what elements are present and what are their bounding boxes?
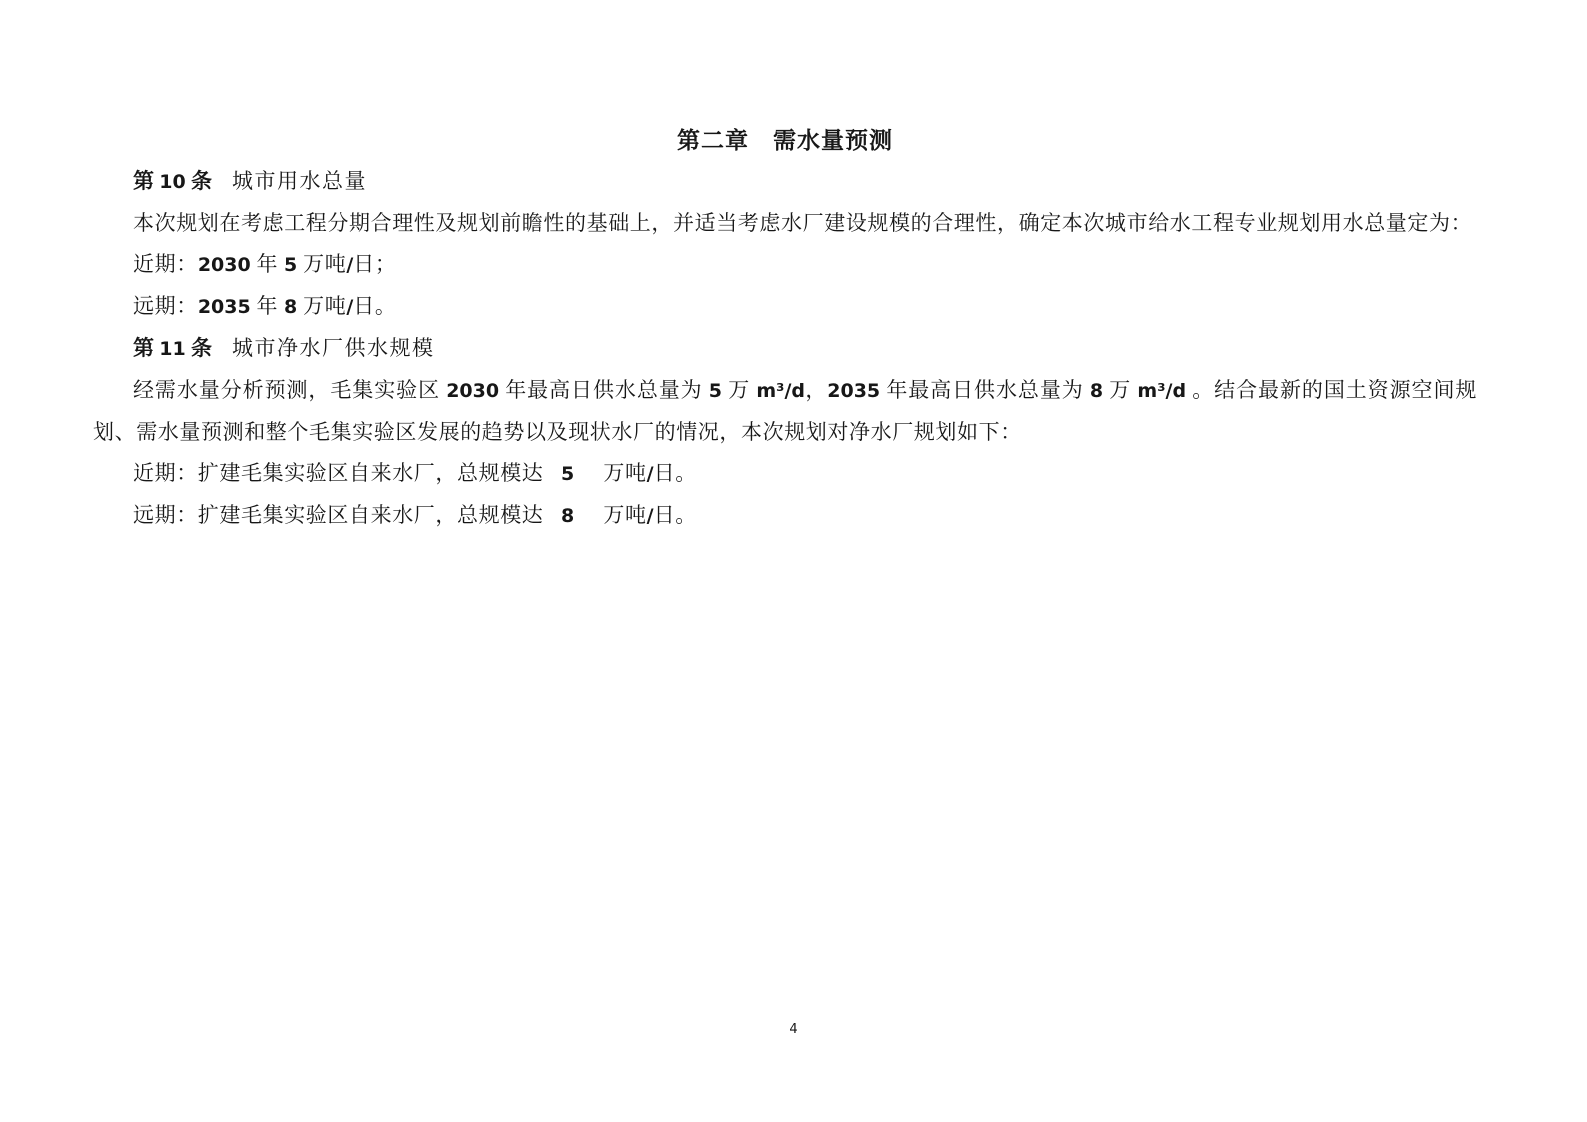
chapter-title: 第二章 需水量预测: [93, 120, 1477, 161]
article-11-heading: 第 11 条城市净水厂供水规模: [93, 328, 1477, 370]
article-10-far-term: 远期：2035 年 8 万吨/日。: [93, 286, 1477, 328]
article-10-near-term: 近期：2030 年 5 万吨/日；: [93, 244, 1477, 286]
article-11-body: 经需水量分析预测，毛集实验区 2030 年最高日供水总量为 5 万 m³/d，2…: [93, 370, 1477, 453]
article-10-title: 城市用水总量: [232, 169, 367, 193]
article-11-label: 第 11 条: [133, 336, 212, 360]
article-10-body: 本次规划在考虑工程分期合理性及规划前瞻性的基础上，并适当考虑水厂建设规模的合理性…: [93, 203, 1477, 244]
article-10-label: 第 10 条: [133, 169, 212, 193]
document-page: { "document": { "chapter_title": "第二章 需水…: [0, 0, 1587, 1122]
article-11-title: 城市净水厂供水规模: [232, 336, 435, 360]
article-10-heading: 第 10 条城市用水总量: [93, 161, 1477, 203]
page-number: 4: [0, 1021, 1587, 1037]
document-content: 第二章 需水量预测 第 10 条城市用水总量 本次规划在考虑工程分期合理性及规划…: [93, 120, 1477, 537]
article-11-near-term: 近期：扩建毛集实验区自来水厂，总规模达 5 万吨/日。: [93, 453, 1477, 495]
article-11-far-term: 远期：扩建毛集实验区自来水厂，总规模达 8 万吨/日。: [93, 495, 1477, 537]
